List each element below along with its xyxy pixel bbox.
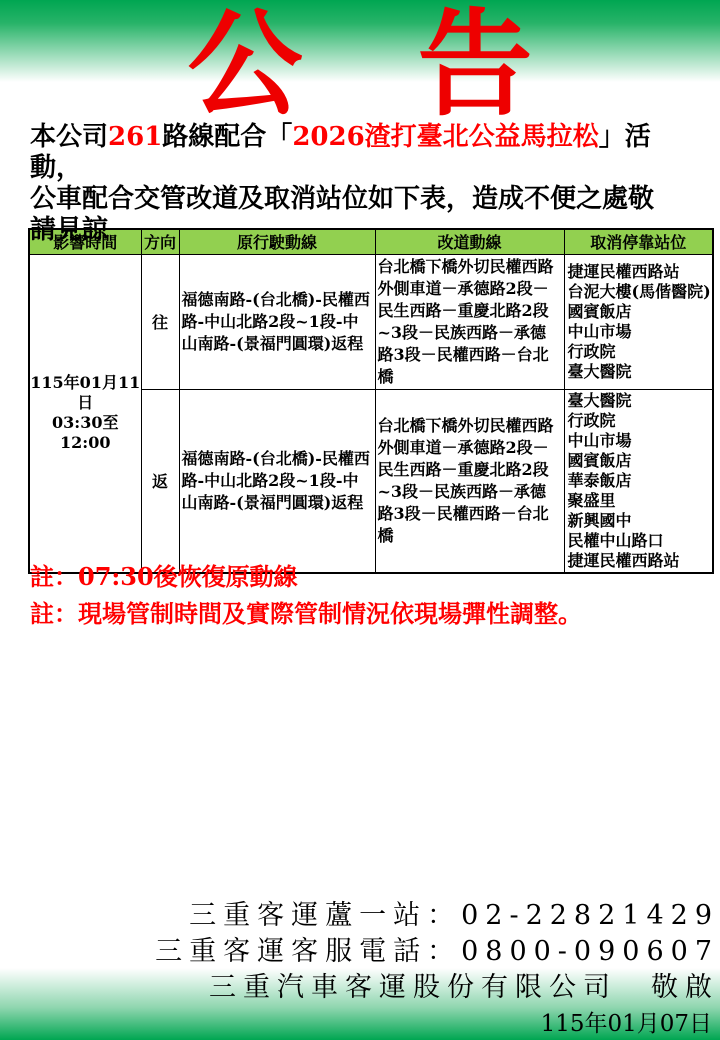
direction-cell-outbound: 往	[141, 254, 179, 389]
intro-line2: 公車配合交管改道及取消站位如下表，造成不便之處敬	[30, 184, 654, 214]
direction-cell-return: 返	[141, 389, 179, 573]
announcement-title: 公 告	[0, 0, 720, 130]
notes-block: 註：07:30後恢復原動線 註：現場管制時間及實際管制情況依現場彈性調整。	[30, 558, 700, 632]
detour-route-cell-return: 台北橋下橋外切民權西路外側車道－承德路2段－民生西路－重慶北路2段~3段－民族西…	[375, 389, 564, 573]
route-number: 261	[108, 122, 162, 152]
affected-time-cell: 115年01月11日 03:30至12:00	[29, 254, 141, 573]
detour-schedule-table: 影響時間 方向 原行駛動線 改道動線 取消停靠站位 115年01月11日 03:…	[28, 228, 714, 574]
footer-line-company-signature: 三重汽車客運股份有限公司 敬啟	[8, 970, 719, 1006]
footer-block: 三重客運蘆一站：02-22821429 三重客運客服電話：0800-090607…	[8, 898, 712, 1039]
table-row-outbound: 115年01月11日 03:30至12:00 往 福德南路-(台北橋)-民權西路…	[29, 254, 713, 389]
cancelled-stops-cell-return: 臺大醫院 行政院 中山市場 國賓飯店 華泰飯店 聚盛里 新興國中 民權中山路口 …	[564, 389, 713, 573]
footer-line-service-phone: 三重客運客服電話：0800-090607	[8, 934, 719, 970]
event-name: 2026渣打臺北公益馬拉松	[292, 122, 598, 152]
intro-pre: 本公司	[30, 122, 108, 152]
footer-date: 115年01月07日	[8, 1009, 712, 1039]
original-route-cell-outbound: 福德南路-(台北橋)-民權西路-中山北路2段~1段-中山南路-(景福門圓環)返程	[179, 254, 375, 389]
intro-paragraph: 本公司261路線配合「2026渣打臺北公益馬拉松」活動， 公車配合交管改道及取消…	[30, 122, 702, 246]
intro-line3: 請見諒	[30, 215, 108, 245]
original-route-cell-return: 福德南路-(台北橋)-民權西路-中山北路2段~1段-中山南路-(景福門圓環)返程	[179, 389, 375, 573]
detour-route-cell-outbound: 台北橋下橋外切民權西路外側車道－承德路2段－民生西路－重慶北路2段~3段－民族西…	[375, 254, 564, 389]
announcement-page: 公 告 本公司261路線配合「2026渣打臺北公益馬拉松」活動， 公車配合交管改…	[0, 0, 720, 1040]
footer-line-station-phone: 三重客運蘆一站：02-22821429	[8, 898, 719, 934]
cancelled-stops-cell-outbound: 捷運民權西路站 台泥大樓(馬偕醫院) 國賓飯店 中山市場 行政院 臺大醫院	[564, 254, 713, 389]
note-line-flexible-control: 註：現場管制時間及實際管制情況依現場彈性調整。	[30, 595, 700, 632]
intro-mid: 路線配合「	[162, 122, 292, 152]
note-line-restore-time: 註：07:30後恢復原動線	[30, 558, 700, 595]
